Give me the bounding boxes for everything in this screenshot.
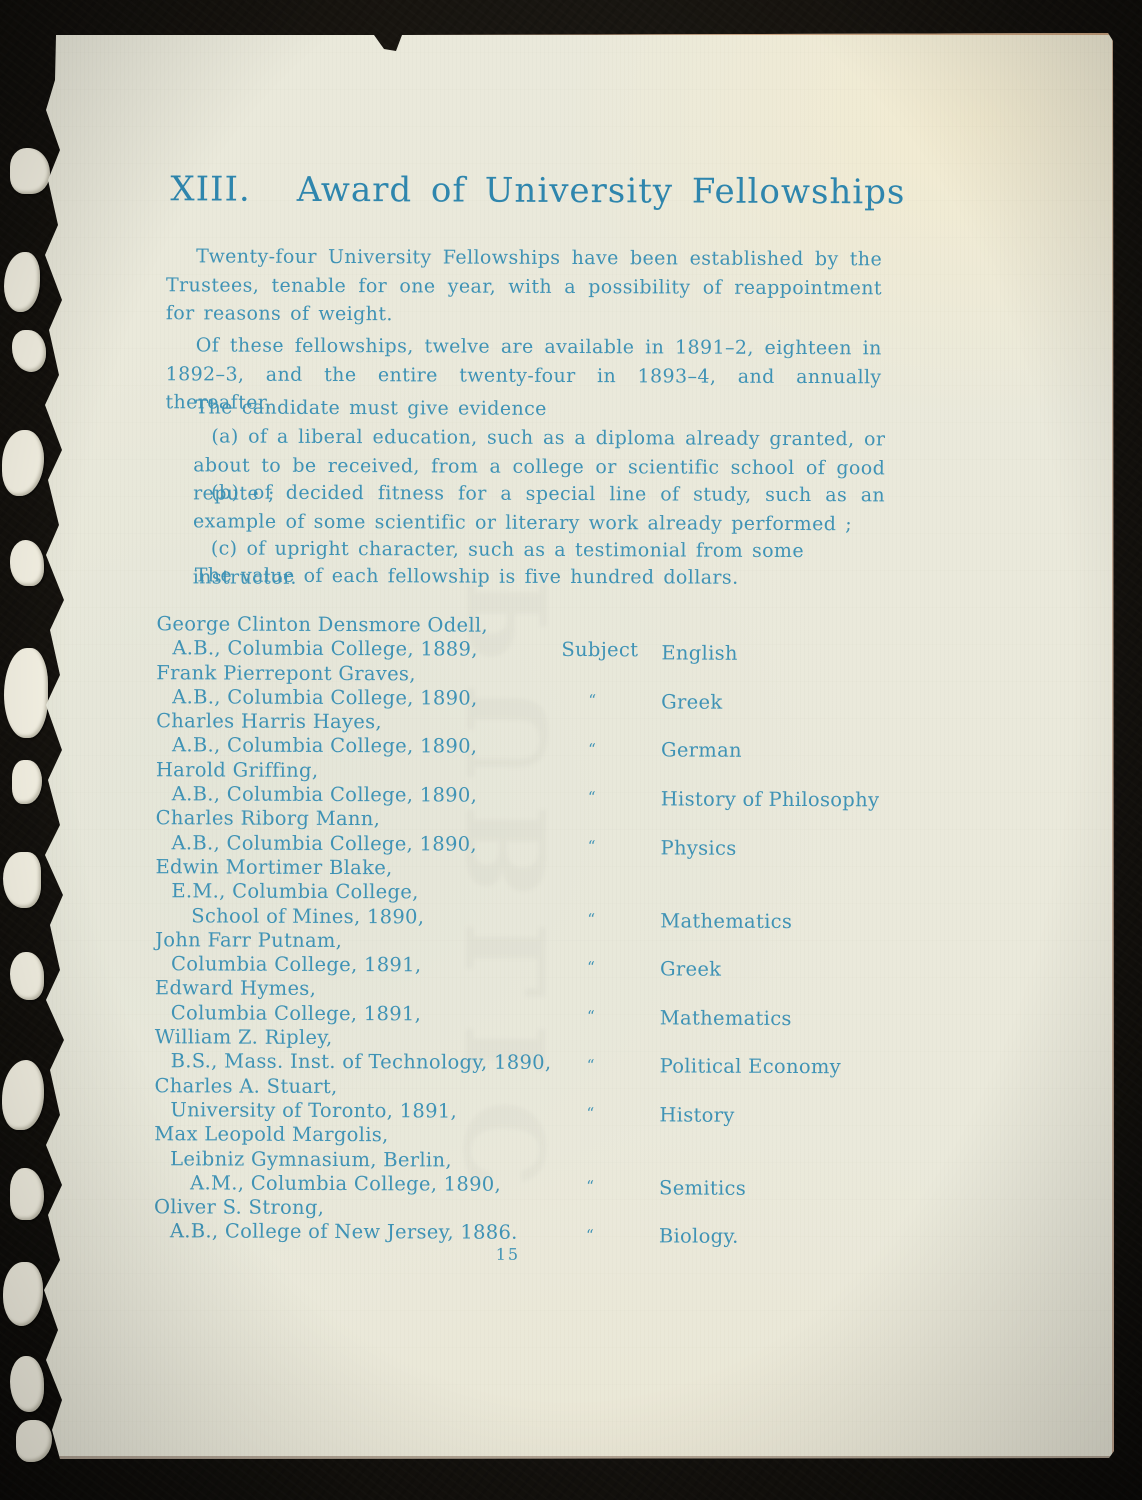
fellow-name: William Z. Ripley,: [155, 1025, 975, 1053]
fellow-entry: Harold Griffing,A.B., Columbia College, …: [156, 758, 976, 810]
subject-ditto-mark: “: [561, 835, 625, 857]
subject-ditto-mark: “: [561, 689, 625, 711]
fellow-name: Charles Harris Hayes,: [156, 709, 976, 737]
torn-edge-fiber: [2, 430, 44, 496]
torn-edge-fiber: [4, 648, 48, 738]
subject-ditto-mark: “: [561, 738, 625, 760]
fellow-name: Max Leopold Margolis,: [154, 1122, 974, 1150]
fellow-name: Charles A. Stuart,: [154, 1074, 974, 1102]
fellow-subject-field: Biology.: [659, 1225, 739, 1250]
scanned-book-photo: PUBLIC XIII.Award of University Fellowsh…: [0, 0, 1142, 1500]
section-numeral: XIII.: [170, 169, 250, 209]
fellowship-value-note: The value of each fellowship is five hun…: [165, 561, 881, 593]
fellow-name: Harold Griffing,: [156, 758, 976, 786]
fellow-entry: Charles Riborg Mann,A.B., Columbia Colle…: [156, 807, 976, 859]
subject-ditto-mark: “: [559, 1102, 623, 1124]
page-content: PUBLIC XIII.Award of University Fellowsh…: [13, 31, 1117, 1462]
subject-ditto-mark: “: [559, 1224, 623, 1246]
torn-edge-fiber: [3, 1262, 43, 1326]
torn-edge-fiber: [3, 852, 41, 908]
subject-ditto-mark: “: [560, 1005, 624, 1027]
fellow-entry: Oliver S. Strong,A.B., College of New Je…: [154, 1195, 974, 1247]
fellow-entry: Edwin Mortimer Blake,E.M., Columbia Coll…: [155, 855, 975, 931]
paragraph-candidate-evidence: The candidate must give evidence: [165, 393, 881, 425]
fellow-credential: E.M., Columbia College,: [155, 879, 975, 907]
fellow-entry: George Clinton Densmore Odell,A.B., Colu…: [156, 612, 976, 664]
fellow-name: John Farr Putnam,: [155, 928, 975, 956]
torn-edge-fiber: [2, 1060, 44, 1130]
condition-b: (b) of decided fitness for a special lin…: [193, 478, 885, 538]
subject-ditto-mark: “: [561, 786, 625, 808]
fellow-entry: John Farr Putnam,Columbia College, 1891,…: [155, 928, 975, 980]
fellow-entry: Charles Harris Hayes,A.B., Columbia Coll…: [156, 709, 976, 761]
torn-edge-fiber: [10, 540, 44, 586]
paragraph-established: Twenty-four University Fellowships have …: [166, 242, 882, 331]
fellow-entry: Edward Hymes,Columbia College, 1891,“Mat…: [155, 977, 975, 1029]
torn-edge-fiber: [12, 760, 42, 804]
subject-ditto-mark: “: [560, 956, 624, 978]
fellow-name: Edward Hymes,: [155, 977, 975, 1005]
fellow-name: Oliver S. Strong,: [154, 1195, 974, 1223]
subject-ditto-mark: “: [560, 908, 624, 930]
torn-edge-fiber: [10, 952, 44, 1000]
subject-ditto-mark: “: [560, 1054, 624, 1076]
fellow-entry: Charles A. Stuart,University of Toronto,…: [154, 1074, 974, 1126]
subject-ditto-mark: “: [559, 1175, 623, 1197]
fellow-entry: Frank Pierrepont Graves,A.B., Columbia C…: [156, 661, 976, 713]
fellow-entry: Max Leopold Margolis,Leibniz Gymnasium, …: [154, 1122, 974, 1198]
fellow-name: George Clinton Densmore Odell,: [156, 612, 976, 640]
fellow-name: Edwin Mortimer Blake,: [155, 855, 975, 883]
torn-edge-fiber: [10, 1356, 44, 1412]
section-heading: XIII.Award of University Fellowships: [170, 169, 905, 212]
torn-edge-fiber: [10, 1168, 44, 1220]
fellow-name: Frank Pierrepont Graves,: [156, 661, 976, 689]
document-page: PUBLIC XIII.Award of University Fellowsh…: [16, 33, 1114, 1459]
fellow-name: Charles Riborg Mann,: [156, 807, 976, 835]
torn-edge-fiber: [4, 252, 40, 312]
torn-edge-fiber: [16, 1420, 52, 1462]
page-number: 15: [496, 1245, 520, 1264]
fellow-credential: Leibniz Gymnasium, Berlin,: [154, 1147, 974, 1175]
torn-edge-fiber: [10, 148, 50, 194]
fellow-entry: William Z. Ripley,B.S., Mass. Inst. of T…: [155, 1025, 975, 1077]
fellows-list: George Clinton Densmore Odell,A.B., Colu…: [154, 612, 977, 1247]
subject-column-header: Subject: [561, 638, 625, 663]
section-title-text: Award of University Fellowships: [297, 170, 906, 213]
torn-edge-fiber: [12, 330, 46, 372]
